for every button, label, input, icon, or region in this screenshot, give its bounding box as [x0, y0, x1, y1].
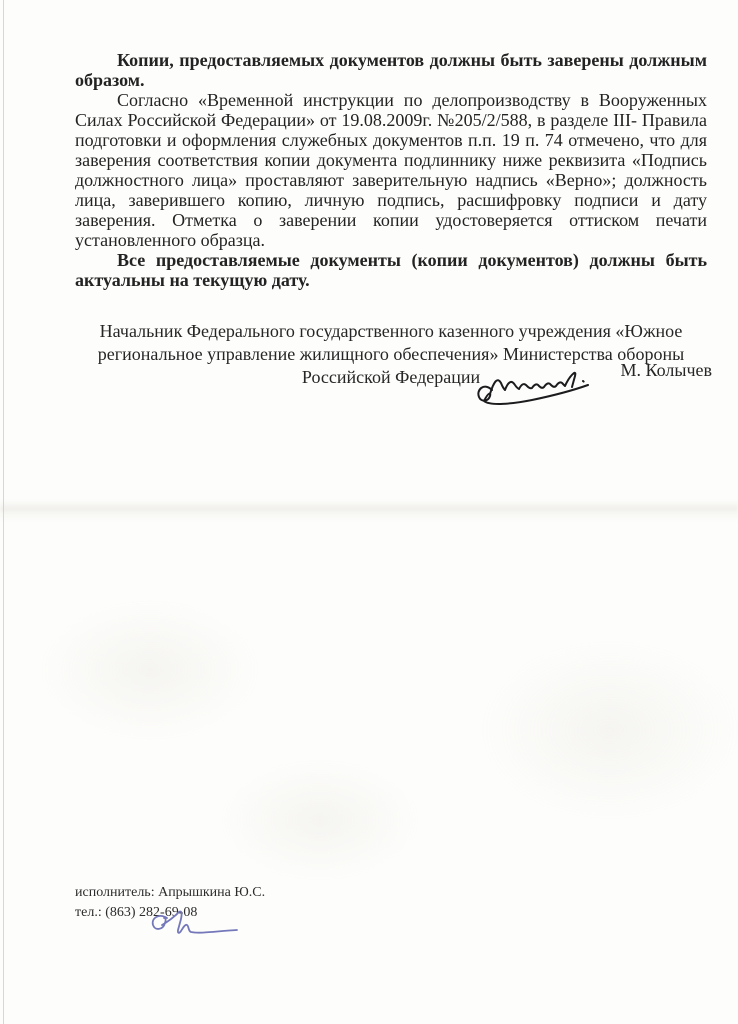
- paragraph-instruction-reference: Согласно «Временной инструкции по делопр…: [75, 90, 707, 250]
- signatory-name: М. Колычев: [621, 360, 713, 381]
- signatory-position-title: Начальник Федерального государственного …: [75, 320, 707, 389]
- executor-line: исполнитель: Апрышкина Ю.С.: [75, 884, 265, 901]
- paper-crease-line: [0, 500, 738, 522]
- letter-body: Копии, предоставляемых документов должны…: [75, 50, 707, 389]
- scan-smudge: [220, 760, 420, 880]
- executor-signature-ink: [146, 910, 241, 942]
- chief-signature-ink: [470, 368, 595, 413]
- scan-smudge: [40, 600, 260, 740]
- scanned-letter-page: Копии, предоставляемых документов должны…: [0, 0, 738, 1024]
- scan-smudge: [480, 640, 738, 820]
- paragraph-copies-certified: Копии, предоставляемых документов должны…: [75, 50, 707, 90]
- paragraph-documents-current-date: Все предоставляемые документы (копии док…: [75, 250, 707, 290]
